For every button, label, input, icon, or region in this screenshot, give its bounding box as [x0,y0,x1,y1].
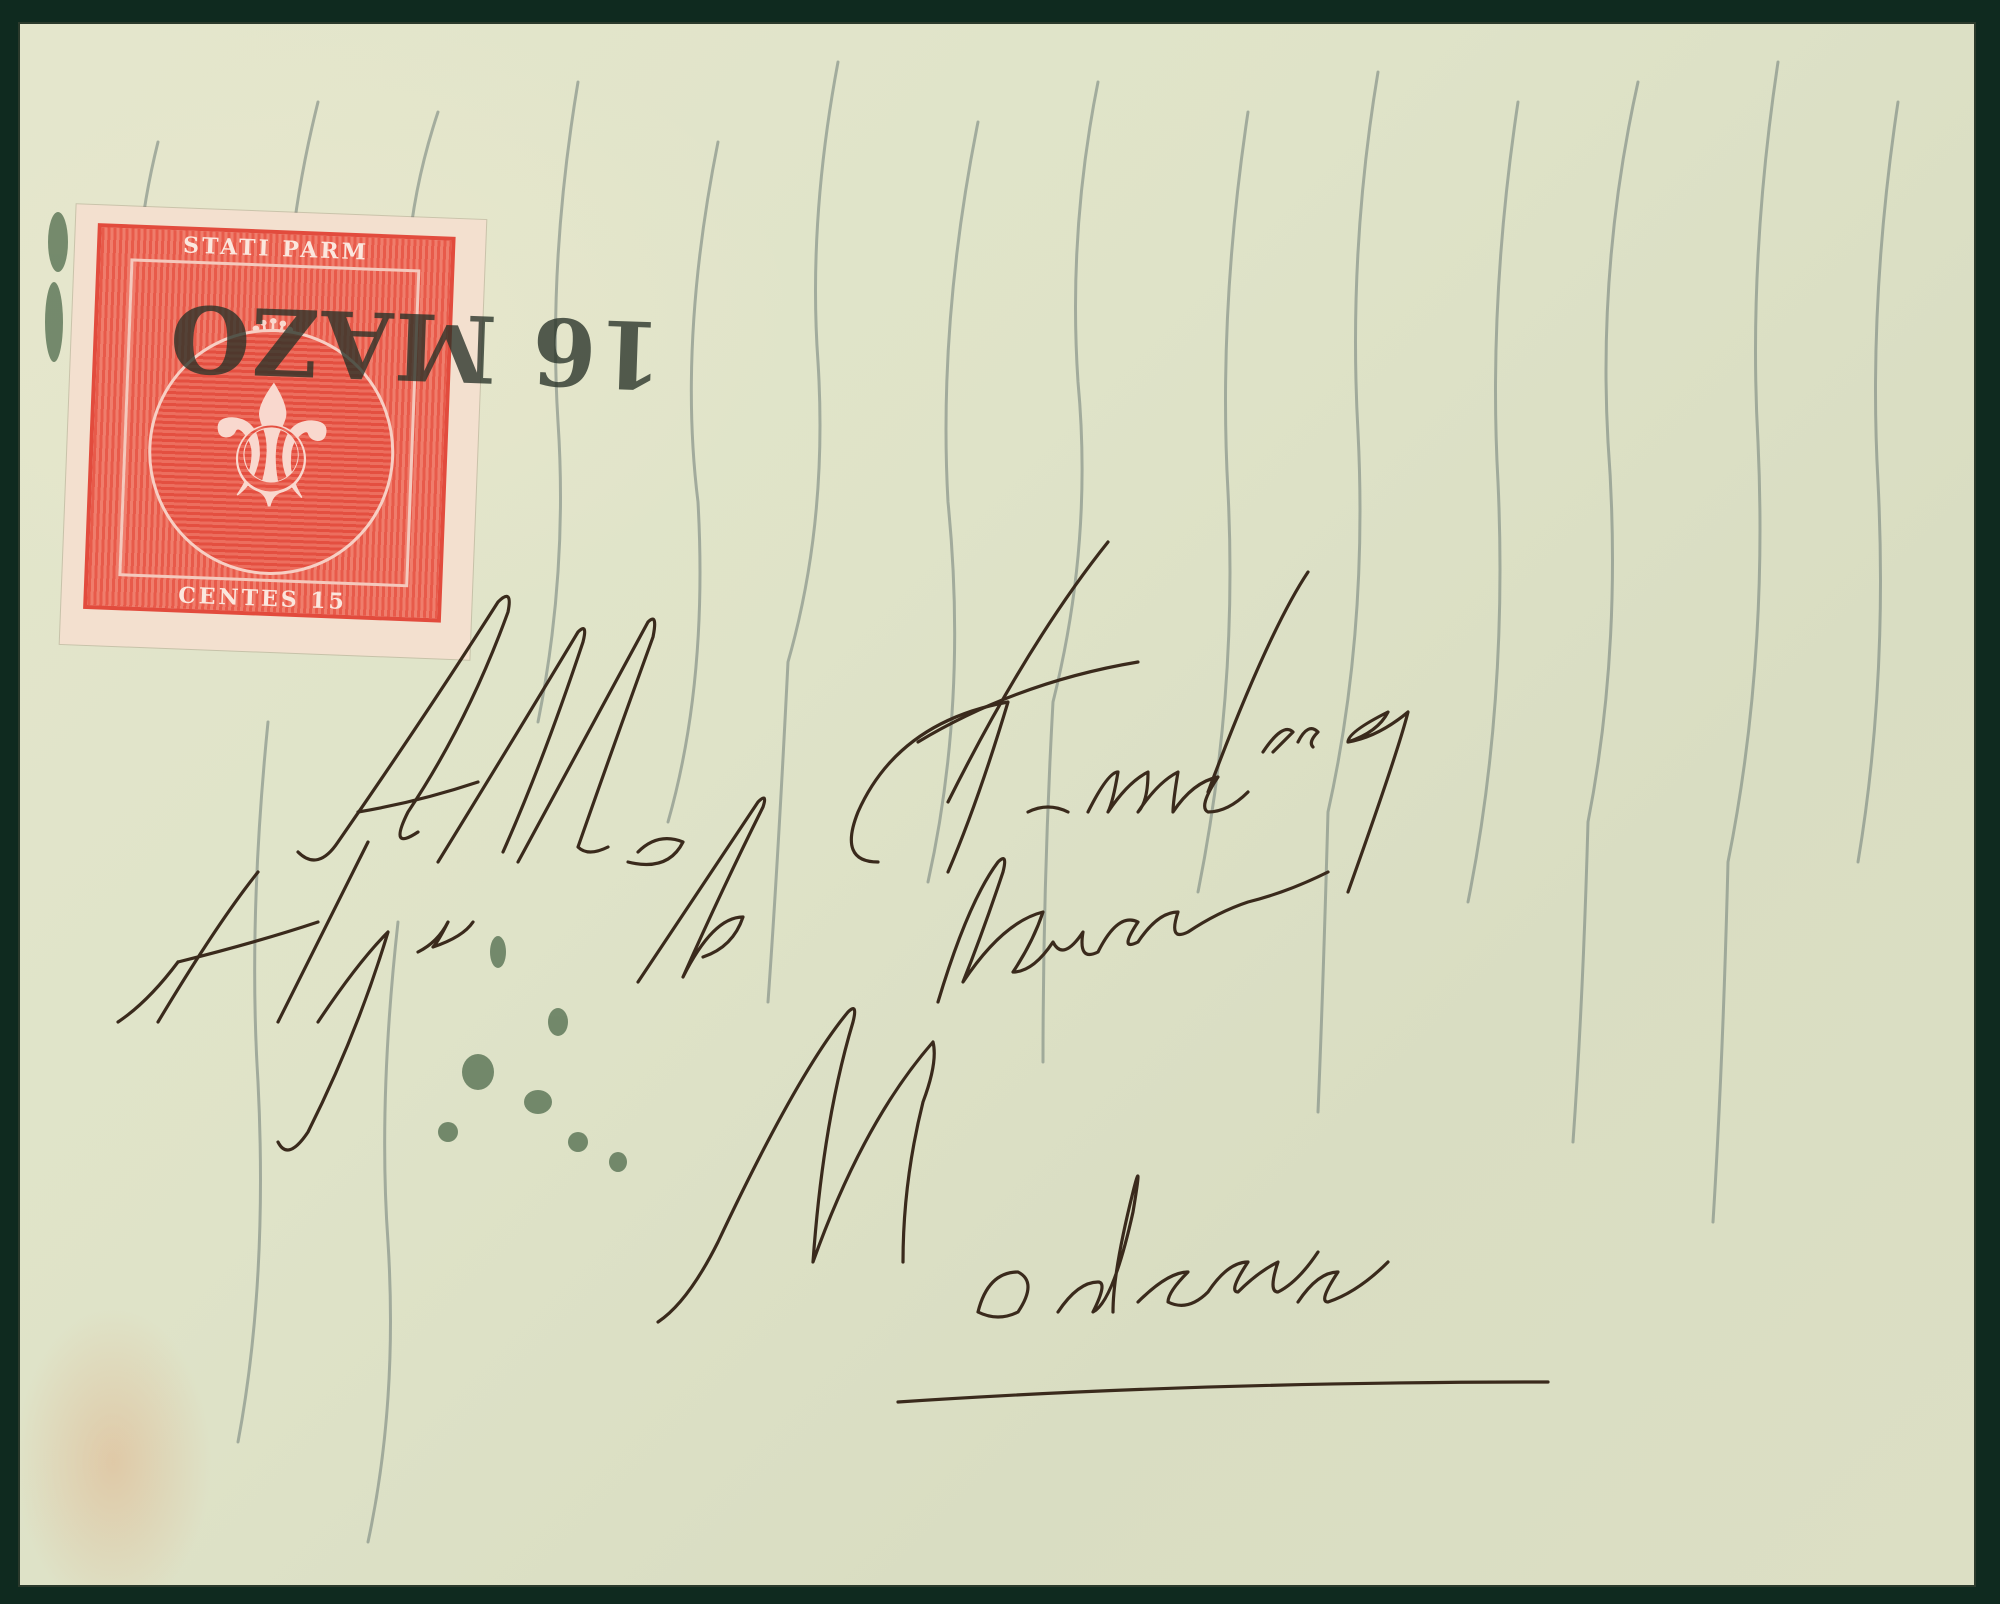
address-handwriting [18,22,1976,1587]
postal-cover: STATI PARM ♛ ⚜ CENTES 15 16 MAZO [18,22,1976,1587]
